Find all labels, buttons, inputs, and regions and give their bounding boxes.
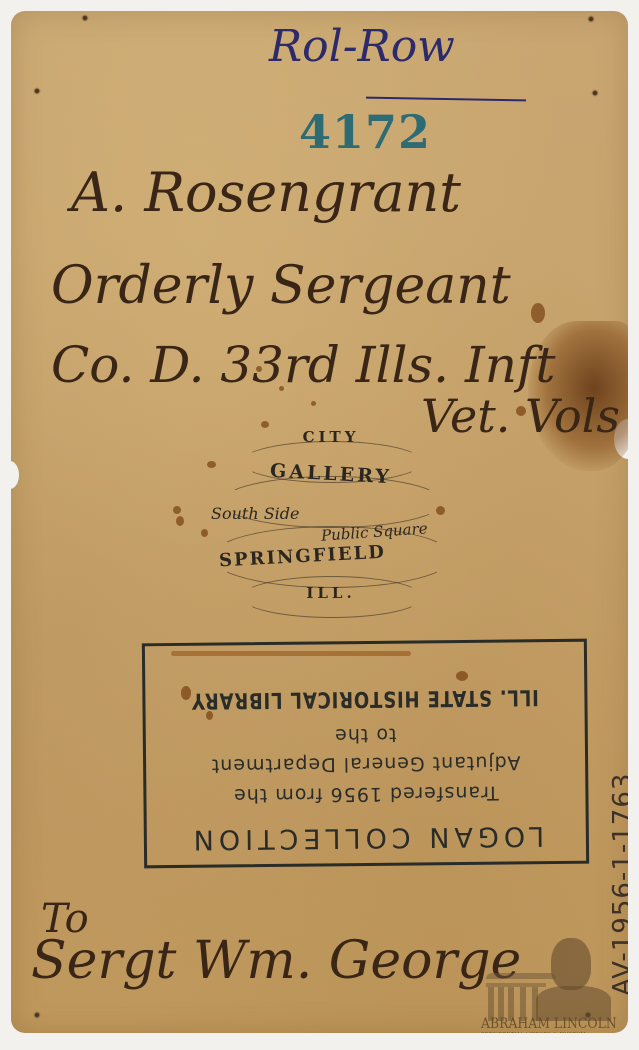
stamp-line-2: Adjutant General Department <box>146 751 585 778</box>
stain-spot <box>531 303 545 323</box>
inventory-number-stamp: 4172 <box>299 105 431 159</box>
stain-spot <box>173 506 181 514</box>
handwritten-unit: Co. D. 33rd Ills. Inft <box>51 336 556 394</box>
stamp-line-1: Transfered 1956 from the <box>146 781 585 808</box>
pinhole <box>587 15 595 23</box>
photo-card-back: Rol-Row 4172 A. Rosengrant Orderly Serge… <box>11 11 628 1033</box>
photographer-imprint: CITY GALLERY South Side Public Square SP… <box>201 416 461 626</box>
stamp-line-3: to the <box>146 722 585 749</box>
museum-watermark: ABRAHAM LINCOLN PRESIDENTIAL LIBRARY & M… <box>481 936 616 1033</box>
pinhole <box>33 87 41 95</box>
pinhole <box>33 1011 41 1019</box>
lincoln-portrait-icon <box>551 938 591 990</box>
imprint-city: CITY <box>201 428 461 446</box>
pinhole <box>591 89 599 97</box>
filing-label: Rol-Row <box>269 21 455 72</box>
filing-label-underline <box>366 97 526 102</box>
watermark-title: ABRAHAM LINCOLN <box>481 1016 605 1032</box>
imprint-state: ILL. <box>201 584 461 602</box>
handwritten-name: A. Rosengrant <box>71 161 461 224</box>
imprint-south-side: South Side <box>211 504 300 523</box>
edge-tear-left <box>11 461 19 489</box>
stamp-line-4: ILL. STATE HISTORICAL LIBRARY <box>185 684 545 713</box>
handwritten-recipient: Sergt Wm. George <box>31 931 521 991</box>
library-stamp: LOGAN COLLECTION Transfered 1956 from th… <box>142 639 589 869</box>
watermark-subtitle: PRESIDENTIAL LIBRARY & MUSEUM <box>481 1032 616 1033</box>
stain-spot <box>311 401 316 406</box>
stain-spot <box>176 516 184 526</box>
handwritten-rank: Orderly Sergeant <box>51 256 511 316</box>
pinhole <box>81 14 89 22</box>
stamp-title: LOGAN COLLECTION <box>147 820 586 856</box>
